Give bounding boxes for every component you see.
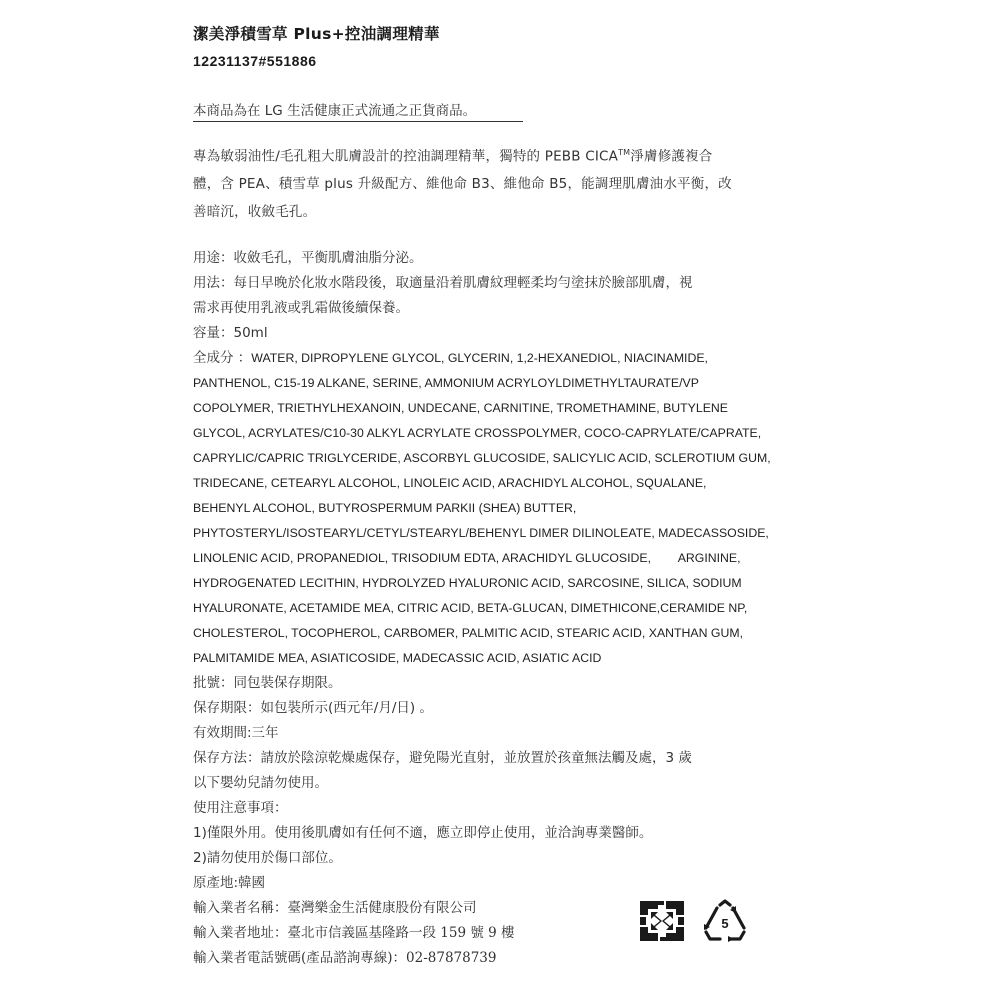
ingredients-line: PHYTOSTERYL/ISOSTEARYL/CETYL/STEARYL/BEH… xyxy=(193,521,783,546)
ingredients-line: PANTHENOL, C15-19 ALKANE, SERINE, AMMONI… xyxy=(193,371,783,396)
country-of-origin: 原產地:韓國 xyxy=(193,871,783,896)
product-title: 潔美淨積雪草 Plus+控油調理精華 xyxy=(193,22,783,46)
taiwan-recycle-icon xyxy=(638,899,686,943)
importer-phone: 輸入業者電話號碼(產品諮詢專線)：02-87878739 xyxy=(193,946,783,971)
volume: 容量：50ml xyxy=(193,321,783,346)
ingredients-line: TRIDECANE, CETEARYL ALCOHOL, LINOLEIC AC… xyxy=(193,471,783,496)
description-line-1: 專為敏弱油性/毛孔粗大肌膚設計的控油調理精華，獨特的 PEBB CICATM淨膚… xyxy=(193,139,783,171)
ingredients-line: GLYCOL, ACRYLATES/C10-30 ALKYL ACRYLATE … xyxy=(193,421,783,446)
ingredients-label: 全成分 ： xyxy=(193,350,251,366)
description-line-2: 體，含 PEA、積雪草 plus 升級配方、維他命 B3、維他命 B5，能調理肌… xyxy=(193,171,783,199)
trademark-symbol: TM xyxy=(618,148,630,157)
description-text: 淨膚修護複合 xyxy=(630,149,712,165)
ingredients-line: 全成分 ：WATER, DIPROPYLENE GLYCOL, GLYCERIN… xyxy=(193,346,783,371)
ingredients-line: HYDROGENATED LECITHIN, HYDROLYZED HYALUR… xyxy=(193,571,783,596)
precaution-1: 1)僅限外用。使用後肌膚如有任何不適，應立即停止使用，並洽詢專業醫師。 xyxy=(193,821,783,846)
purpose: 用途：收斂毛孔，平衡肌膚油脂分泌。 xyxy=(193,246,783,271)
expiry-date: 保存期限：如包裝所示(西元年/月/日) 。 xyxy=(193,696,783,721)
storage-line-2: 以下嬰幼兒請勿使用。 xyxy=(193,771,783,796)
product-specs: 用途：收斂毛孔，平衡肌膚油脂分泌。 用法：每日早晚於化妝水階段後，取適量沿着肌膚… xyxy=(193,246,783,971)
ingredients-line: HYALURONATE, ACETAMIDE MEA, CITRIC ACID,… xyxy=(193,596,783,621)
ingredients-list: 全成分 ：WATER, DIPROPYLENE GLYCOL, GLYCERIN… xyxy=(193,346,783,671)
usage-line-2: 需求再使用乳液或乳霜做後續保養。 xyxy=(193,296,783,321)
description-text: 專為敏弱油性/毛孔粗大肌膚設計的控油調理精華，獨特的 PEBB CICA xyxy=(193,149,618,165)
ingredients-line: COPOLYMER, TRIETHYLHEXANOIN, UNDECANE, C… xyxy=(193,396,783,421)
plastic-recycle-5-icon: 5 xyxy=(700,898,750,944)
ingredients-line: BEHENYL ALCOHOL, BUTYROSPERMUM PARKII (S… xyxy=(193,496,783,521)
precaution-2: 2)請勿使用於傷口部位。 xyxy=(193,846,783,871)
authenticity-notice: 本商品為在 LG 生活健康正式流通之正貨商品。 xyxy=(193,101,523,122)
ingredients-line: PALMITAMIDE MEA, ASIATICOSIDE, MADECASSI… xyxy=(193,646,783,671)
ingredients-line: CAPRYLIC/CAPRIC TRIGLYCERIDE, ASCORBYL G… xyxy=(193,446,783,471)
description-line-3: 善暗沉，收斂毛孔。 xyxy=(193,199,783,227)
ingredients-text: WATER, DIPROPYLENE GLYCOL, GLYCERIN, 1,2… xyxy=(251,351,708,365)
product-description: 專為敏弱油性/毛孔粗大肌膚設計的控油調理精華，獨特的 PEBB CICATM淨膚… xyxy=(193,139,783,226)
validity-period: 有效期間:三年 xyxy=(193,721,783,746)
storage-line-1: 保存方法：請放於陰涼乾燥處保存，避免陽光直射，並放置於孩童無法觸及處，3 歲 xyxy=(193,746,783,771)
batch-number: 批號：同包裝保存期限。 xyxy=(193,671,783,696)
product-code: 12231137#551886 xyxy=(193,51,783,71)
ingredients-line: LINOLENIC ACID, PROPANEDIOL, TRISODIUM E… xyxy=(193,546,783,571)
recycle-icons: 5 xyxy=(638,896,758,946)
precautions-title: 使用注意事項： xyxy=(193,796,783,821)
usage-line-1: 用法：每日早晚於化妝水階段後，取適量沿着肌膚紋理輕柔均勻塗抹於臉部肌膚，視 xyxy=(193,271,783,296)
plastic-code: 5 xyxy=(721,916,728,931)
product-document: 潔美淨積雪草 Plus+控油調理精華 12231137#551886 本商品為在… xyxy=(193,22,783,971)
ingredients-line: CHOLESTEROL, TOCOPHEROL, CARBOMER, PALMI… xyxy=(193,621,783,646)
